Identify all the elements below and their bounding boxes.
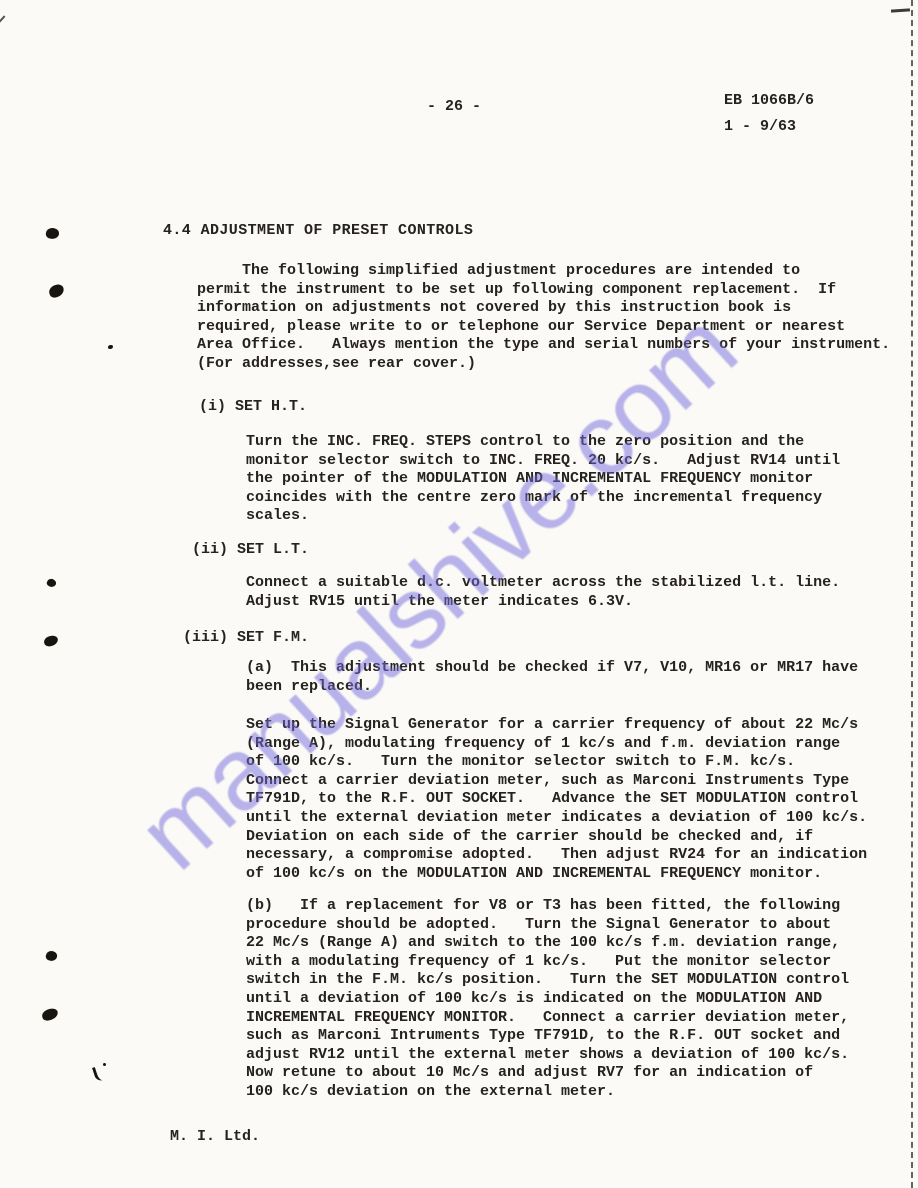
text-line: (For addresses,see rear cover.) [197,355,890,374]
text-line: (Range A), modulating frequency of 1 kc/… [246,735,867,754]
scanned-manual-page: - 26 - EB 1066B/6 1 - 9/63 4.4 ADJUSTMEN… [0,0,918,1188]
text-line: Turn the INC. FREQ. STEPS control to the… [246,433,840,452]
ink-speck [45,949,59,962]
text-line: monitor selector switch to INC. FREQ. 20… [246,452,840,471]
text-line: INCREMENTAL FREQUENCY MONITOR. Connect a… [246,1009,849,1028]
text-line: Connect a carrier deviation meter, such … [246,772,867,791]
ink-speck [43,635,59,647]
scan-mark-tick [0,15,5,22]
text-line: permit the instrument to be set up follo… [197,281,890,300]
text-line: Area Office. Always mention the type and… [197,336,890,355]
text-line: The following simplified adjustment proc… [197,262,890,281]
doc-issue-date: 1 - 9/63 [724,118,796,137]
text-line: until a deviation of 100 kc/s is indicat… [246,990,849,1009]
item-iii-heading: (iii) SET F.M. [183,629,309,648]
text-line: required, please write to or telephone o… [197,318,890,337]
section-heading: 4.4 ADJUSTMENT OF PRESET CONTROLS [163,222,473,241]
text-line: such as Marconi Intruments Type TF791D, … [246,1027,849,1046]
ink-speck [48,283,66,299]
ink-speck [45,227,60,240]
text-line: coincides with the centre zero mark of t… [246,489,840,508]
text-line: scales. [246,507,840,526]
text-line: of 100 kc/s on the MODULATION AND INCREM… [246,865,867,884]
ink-speck [41,1007,59,1022]
text-line: Now retune to about 10 Mc/s and adjust R… [246,1064,849,1083]
text-line: Connect a suitable d.c. voltmeter across… [246,574,840,593]
intro-paragraph: The following simplified adjustment proc… [197,262,890,374]
text-line: with a modulating frequency of 1 kc/s. P… [246,953,849,972]
text-line: of 100 kc/s. Turn the monitor selector s… [246,753,867,772]
text-line: until the external deviation meter indic… [246,809,867,828]
ink-speck [103,1063,106,1066]
ink-speck [46,577,58,588]
text-line: 100 kc/s deviation on the external meter… [246,1083,849,1102]
item-iii-paragraph-b: (b) If a replacement for V8 or T3 has be… [246,897,849,1102]
item-i-heading: (i) SET H.T. [199,398,307,417]
text-line: (a) This adjustment should be checked if… [246,659,858,678]
text-line: necessary, a compromise adopted. Then ad… [246,846,867,865]
item-i-paragraph: Turn the INC. FREQ. STEPS control to the… [246,433,840,526]
page-number: - 26 - [427,98,481,117]
ink-scribble [92,1065,106,1082]
scan-edge-dotted-line [911,0,913,1188]
item-iii-paragraph-a2: Set up the Signal Generator for a carrie… [246,716,867,883]
text-line: 22 Mc/s (Range A) and switch to the 100 … [246,934,849,953]
text-line: information on adjustments not covered b… [197,299,890,318]
text-line: Deviation on each side of the carrier sh… [246,828,867,847]
scan-mark-dash [891,8,910,12]
text-line: switch in the F.M. kc/s position. Turn t… [246,971,849,990]
text-line: TF791D, to the R.F. OUT SOCKET. Advance … [246,790,867,809]
text-line: Adjust RV15 until the meter indicates 6.… [246,593,840,612]
item-ii-heading: (ii) SET L.T. [192,541,309,560]
text-line: Set up the Signal Generator for a carrie… [246,716,867,735]
ink-speck [108,345,113,349]
text-line: procedure should be adopted. Turn the Si… [246,916,849,935]
item-iii-paragraph-a: (a) This adjustment should be checked if… [246,659,858,696]
footer-company: M. I. Ltd. [170,1128,260,1147]
text-line: the pointer of the MODULATION AND INCREM… [246,470,840,489]
text-line: adjust RV12 until the external meter sho… [246,1046,849,1065]
item-ii-paragraph: Connect a suitable d.c. voltmeter across… [246,574,840,611]
text-line: been replaced. [246,678,858,697]
text-line: (b) If a replacement for V8 or T3 has be… [246,897,849,916]
doc-reference: EB 1066B/6 [724,92,814,111]
